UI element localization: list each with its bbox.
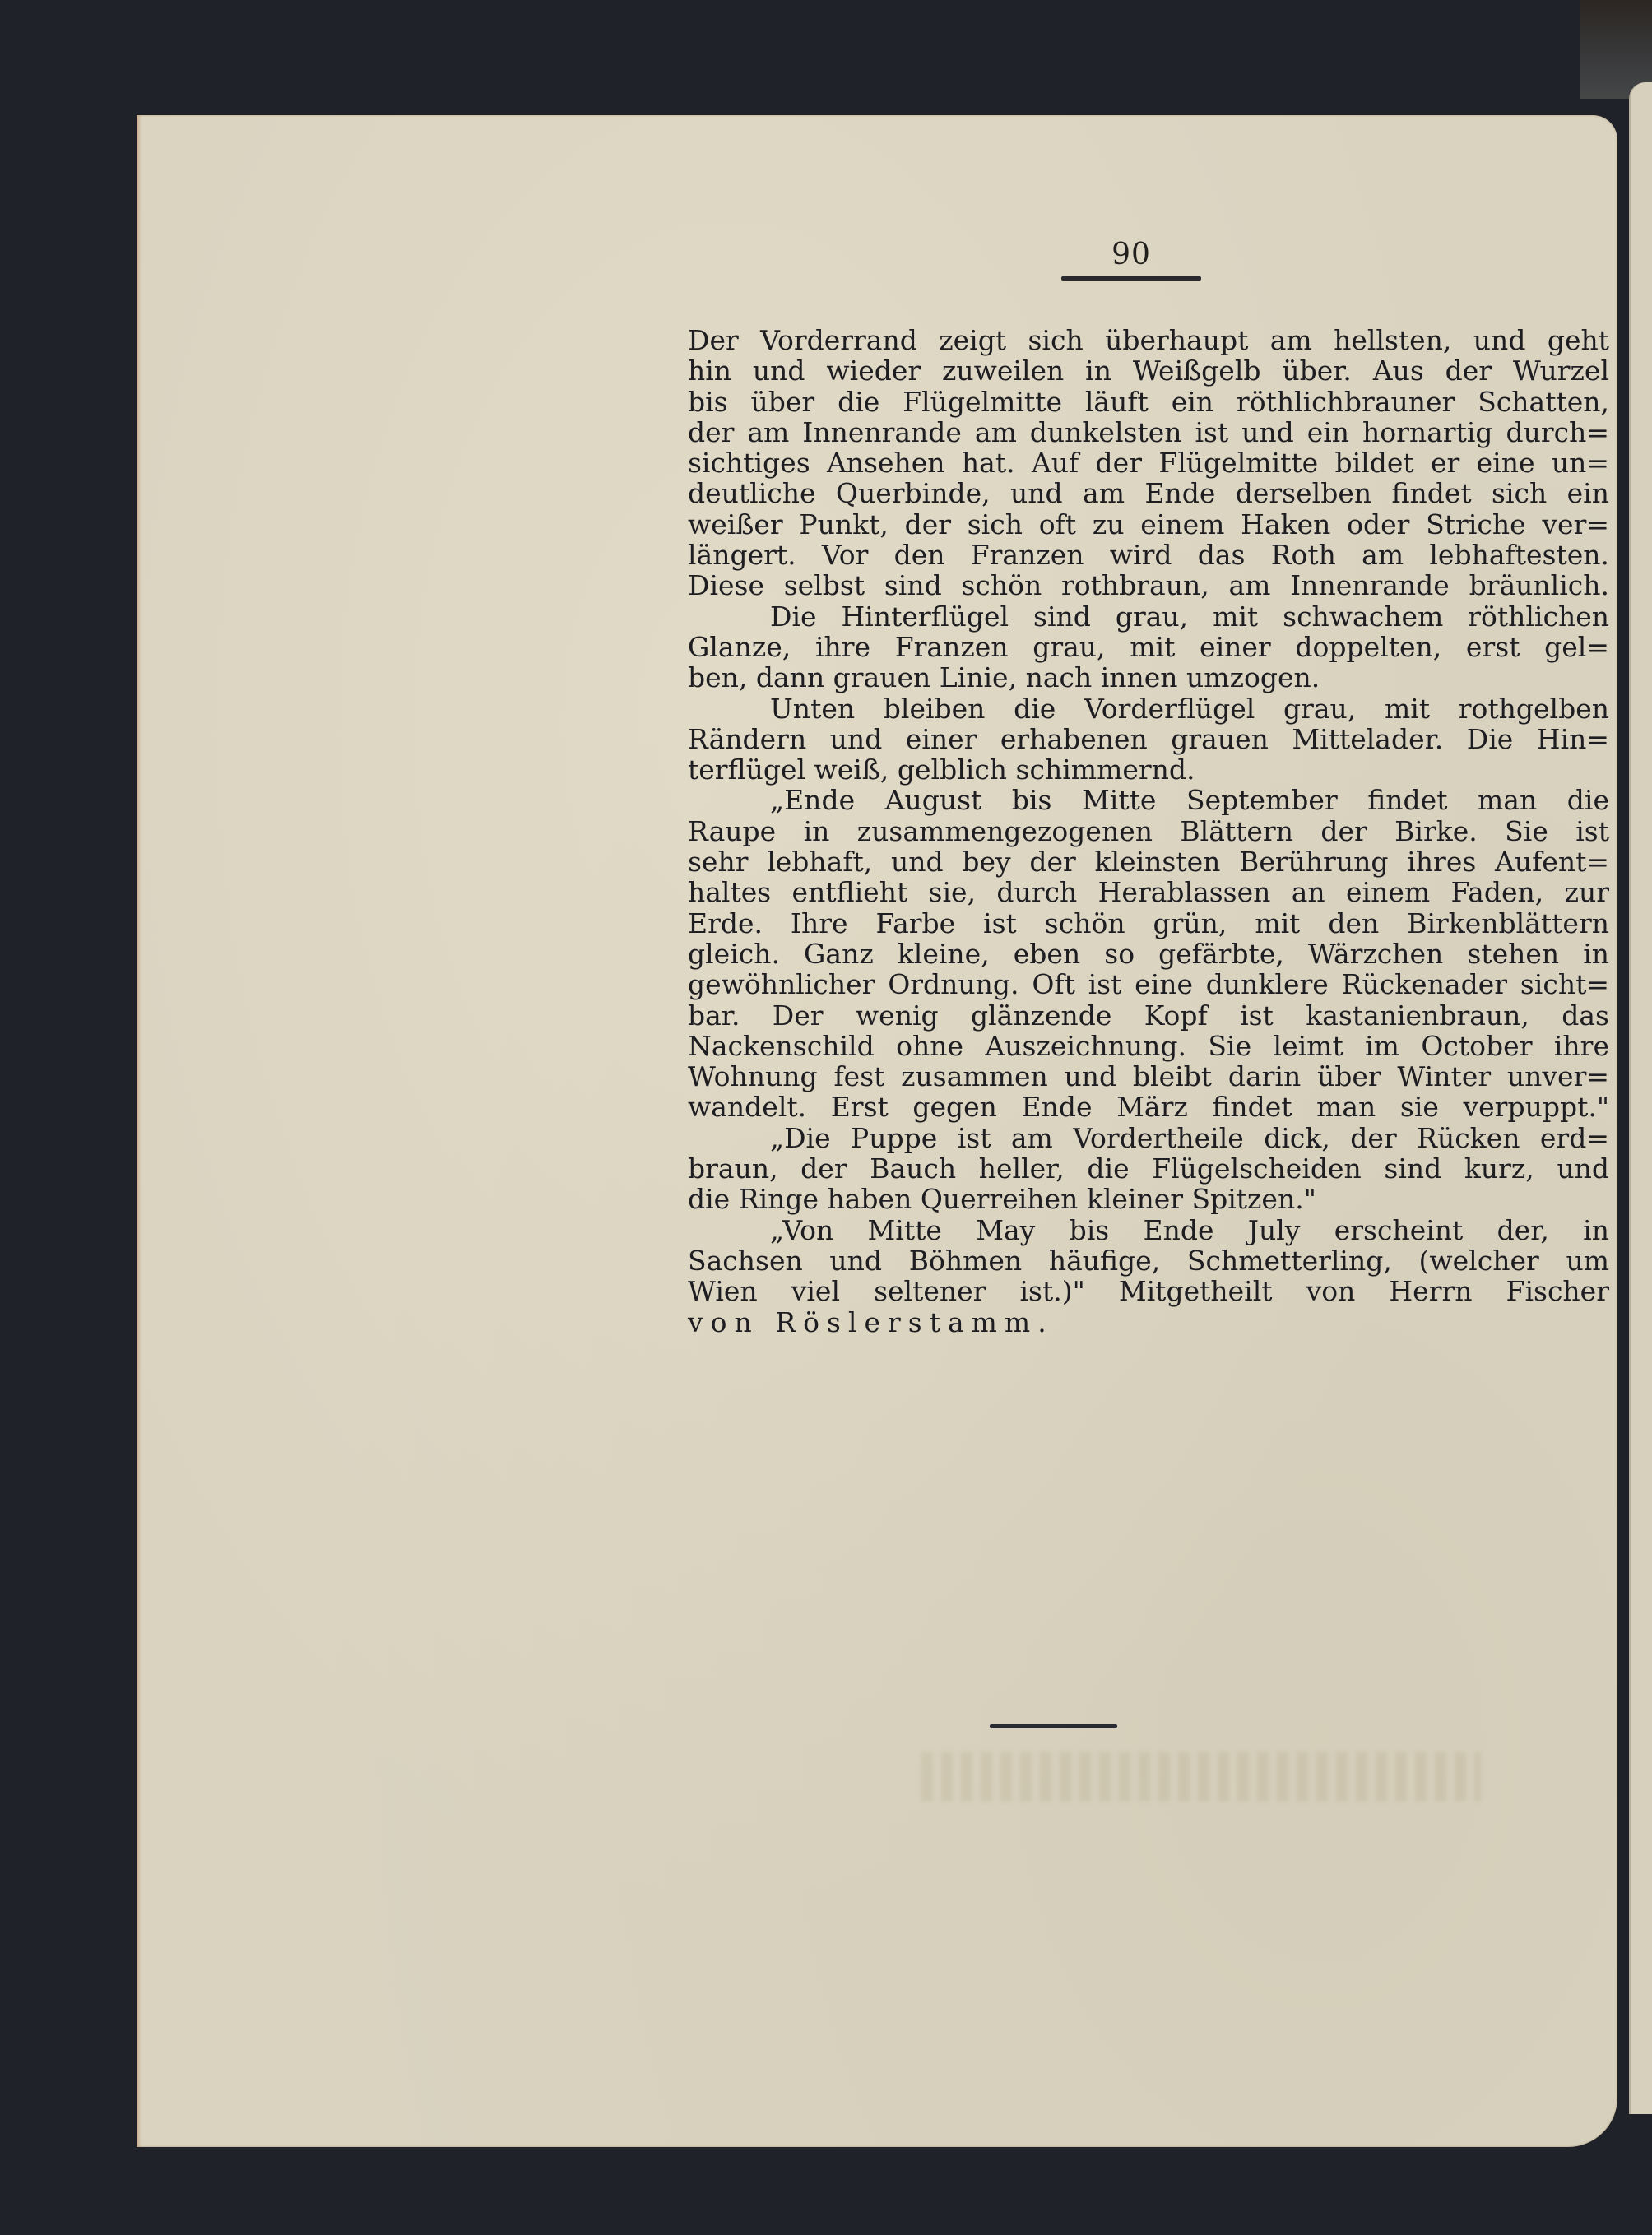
body-text: Der Vorderrand zeigt sich überhaupt am h… xyxy=(688,325,1609,1338)
text-line: terflügel weiß, gelblich schimmernd. xyxy=(688,754,1609,785)
text-line: „Ende August bis Mitte September findet … xyxy=(688,785,1609,815)
text-line: hin und wieder zuweilen in Weißgelb über… xyxy=(688,355,1609,386)
text-line: ben, dann grauen Linie, nach innen umzog… xyxy=(688,662,1609,693)
text-line: gleich. Ganz kleine, eben so gefärbte, W… xyxy=(688,939,1609,969)
text-line: Rändern und einer erhabenen grauen Mitte… xyxy=(688,724,1609,754)
text-line: „Die Puppe ist am Vordertheile dick, der… xyxy=(688,1123,1609,1153)
text-line: Diese selbst sind schön rothbraun, am In… xyxy=(688,570,1609,600)
text-line: bar. Der wenig glänzende Kopf ist kastan… xyxy=(688,1000,1609,1031)
text-line: Die Hinterflügel sind grau, mit schwache… xyxy=(688,601,1609,632)
text-line: Nackenschild ohne Auszeichnung. Sie leim… xyxy=(688,1031,1609,1061)
text-line: Wohnung fest zusammen und bleibt darin ü… xyxy=(688,1061,1609,1092)
text-line: Raupe in zusammengezogenen Blättern der … xyxy=(688,816,1609,846)
text-line: von Röslerstamm. xyxy=(688,1307,1609,1338)
text-line: wandelt. Erst gegen Ende März findet man… xyxy=(688,1092,1609,1122)
text-line: bis über die Flügelmitte läuft ein röthl… xyxy=(688,387,1609,417)
text-line: weißer Punkt, der sich oft zu einem Hake… xyxy=(688,509,1609,540)
text-line: Glanze, ihre Franzen grau, mit einer dop… xyxy=(688,632,1609,662)
text-line: der am Innenrande am dunkelsten ist und … xyxy=(688,417,1609,447)
text-line: „Von Mitte May bis Ende July erscheint d… xyxy=(688,1215,1609,1245)
header-rule xyxy=(1061,276,1201,281)
text-line: die Ringe haben Querreihen kleiner Spitz… xyxy=(688,1184,1609,1214)
page-number: 90 xyxy=(1061,239,1201,271)
text-line: Erde. Ihre Farbe ist schön grün, mit den… xyxy=(688,908,1609,939)
adjacent-page-edge xyxy=(1629,82,1652,2114)
text-line: Wien viel seltener ist.)" Mitgetheilt vo… xyxy=(688,1276,1609,1306)
text-line: Der Vorderrand zeigt sich überhaupt am h… xyxy=(688,325,1609,355)
show-through-text xyxy=(921,1752,1481,1801)
text-line: Unten bleiben die Vorderflügel grau, mit… xyxy=(688,693,1609,724)
text-line: Sachsen und Böhmen häufige, Schmetterlin… xyxy=(688,1245,1609,1276)
text-line: sichtiges Ansehen hat. Auf der Flügelmit… xyxy=(688,447,1609,478)
text-line: längert. Vor den Franzen wird das Roth a… xyxy=(688,540,1609,570)
page-header: 90 xyxy=(1061,239,1201,281)
section-end-rule xyxy=(990,1724,1117,1728)
text-line: sehr lebhaft, und bey der kleinsten Berü… xyxy=(688,846,1609,877)
text-line: deutliche Querbinde, und am Ende derselb… xyxy=(688,478,1609,508)
text-line: gewöhnlicher Ordnung. Oft ist eine dunkl… xyxy=(688,969,1609,999)
text-line: braun, der Bauch heller, die Flügelschei… xyxy=(688,1153,1609,1184)
text-line: haltes entflieht sie, durch Herablassen … xyxy=(688,877,1609,907)
